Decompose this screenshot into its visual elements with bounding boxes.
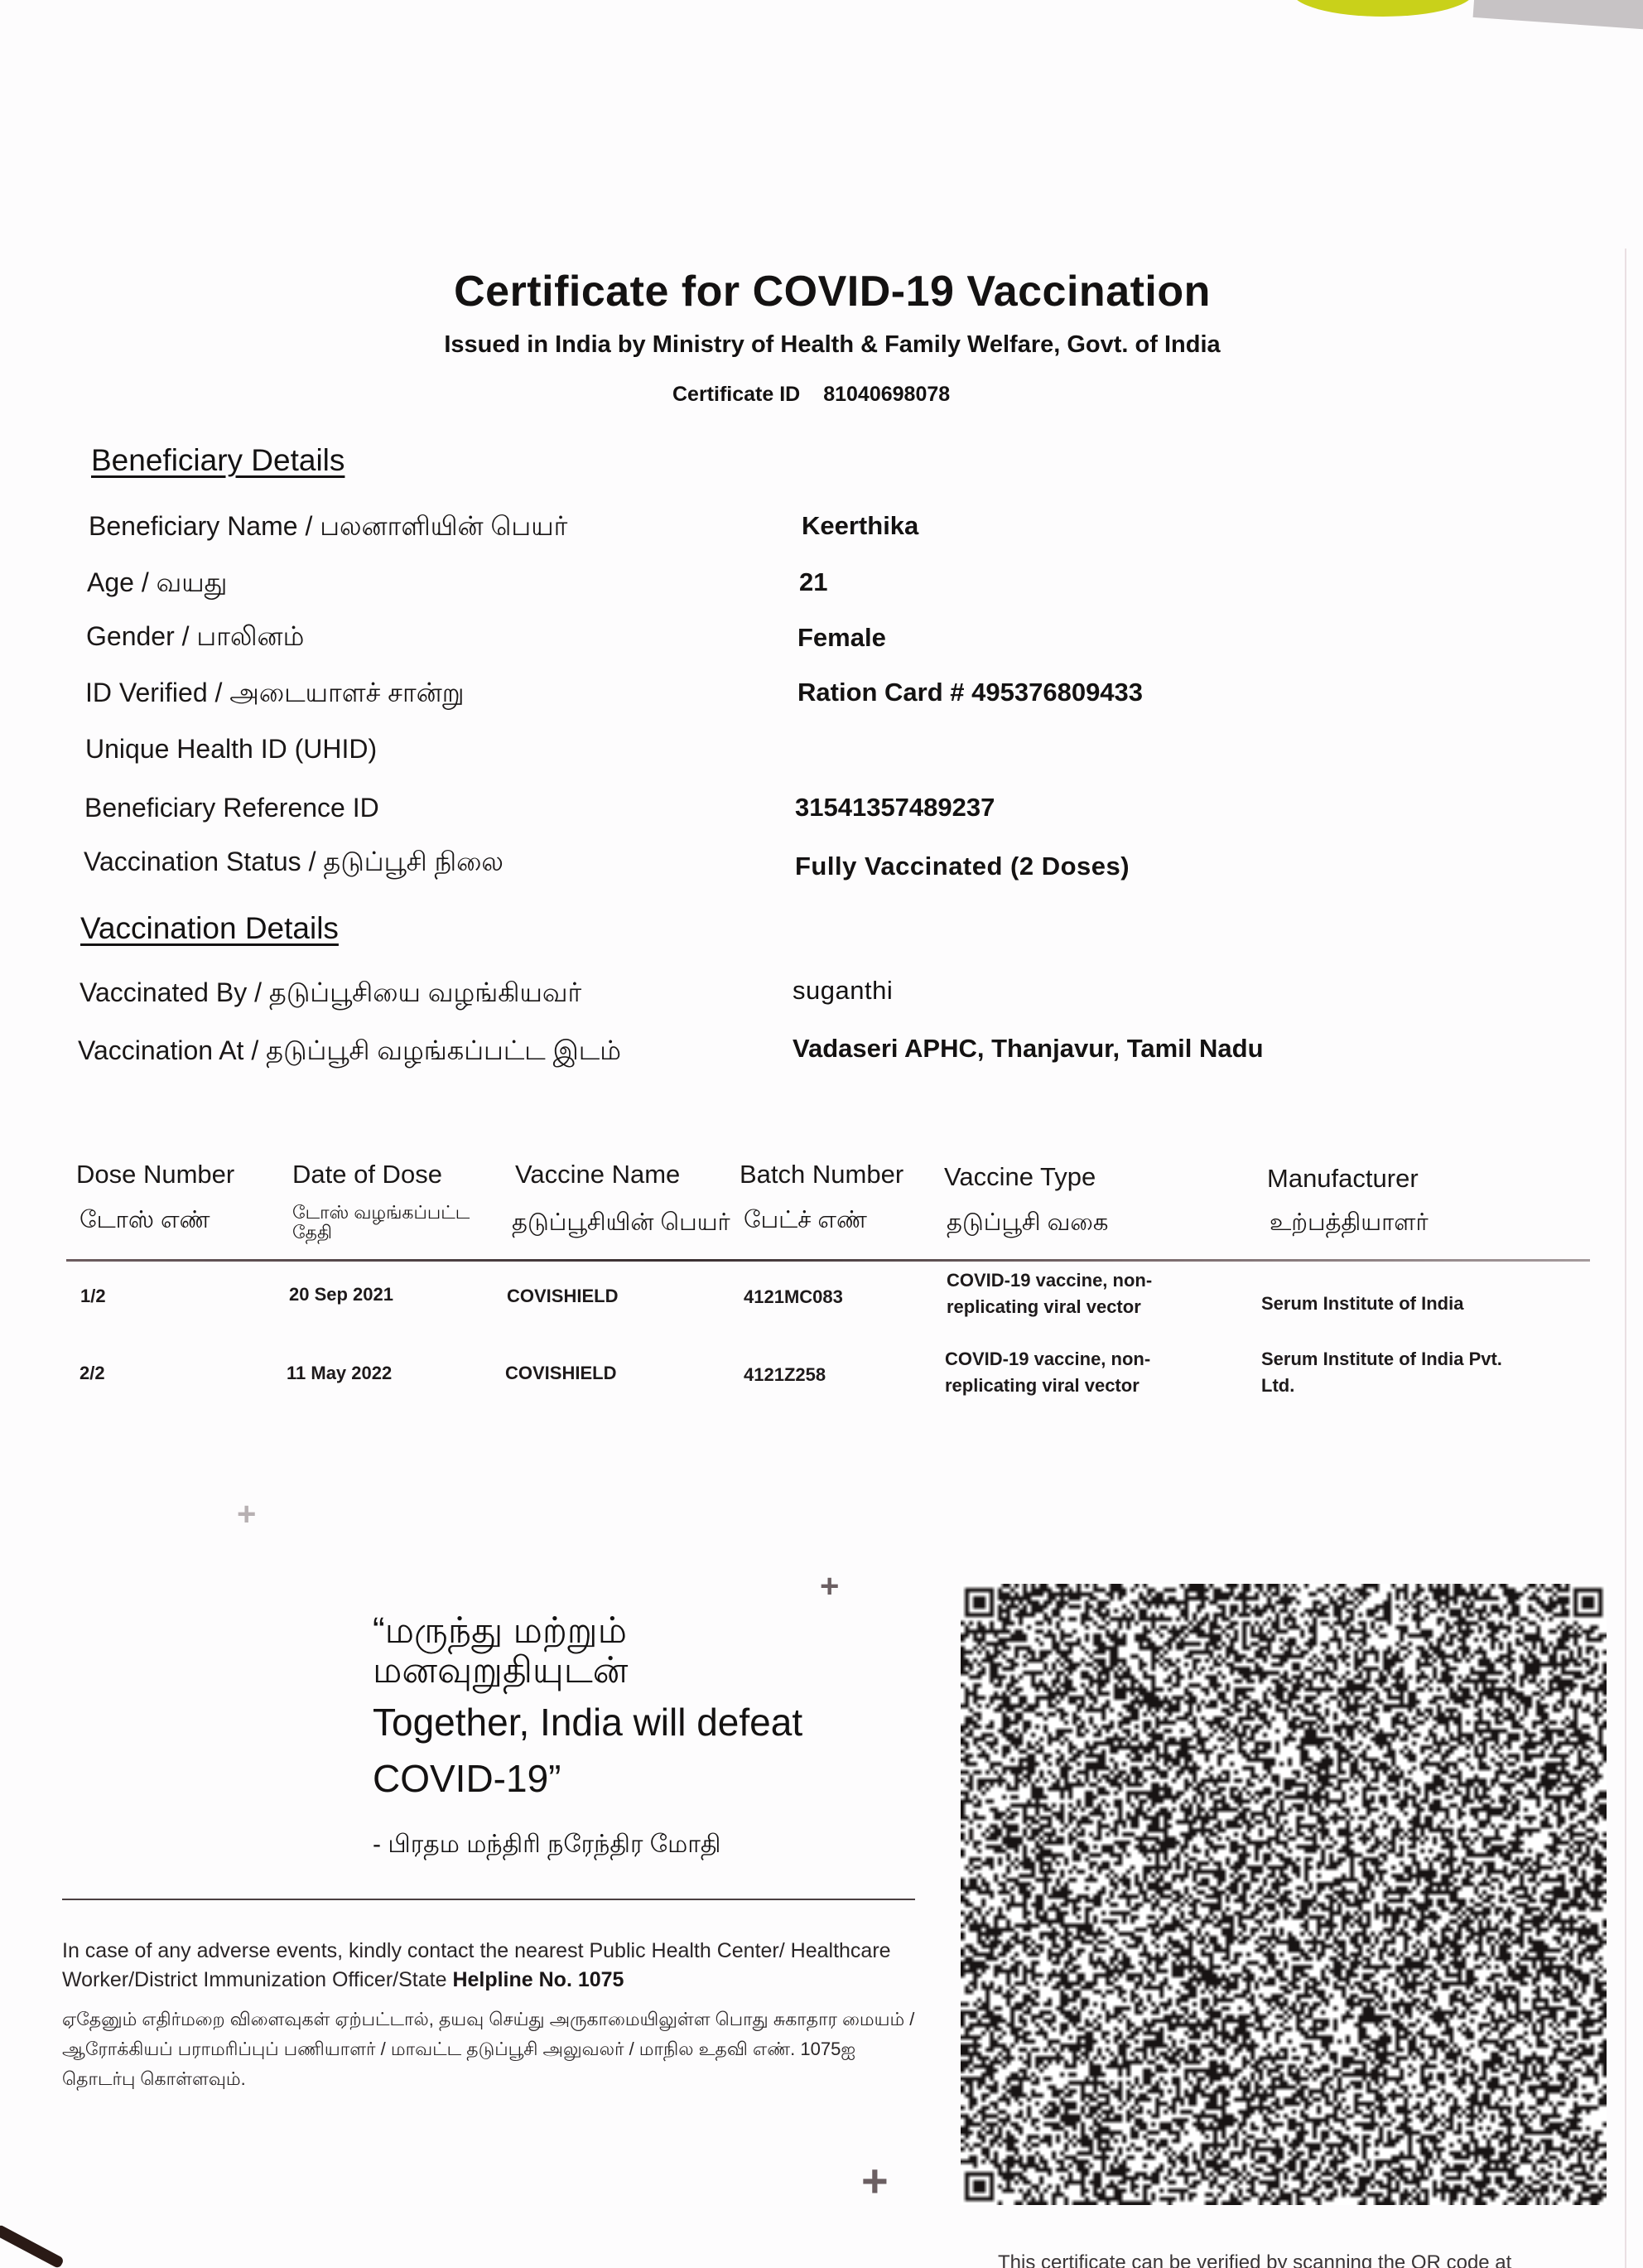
vaccine-type-cell: COVID-19 vaccine, non-replicating viral … (947, 1267, 1212, 1320)
age-label: Age / வயது (87, 567, 227, 601)
id-verified-label: ID Verified / அடையாளச் சான்று (85, 678, 464, 712)
manufacturer-cell: Serum Institute of India Pvt. Ltd. (1261, 1346, 1535, 1399)
vaccination-details-heading: Vaccination Details (80, 911, 339, 946)
col-manufacturer: Manufacturer (1267, 1164, 1419, 1194)
col-vaccine-name: Vaccine Name (515, 1160, 680, 1189)
col-vaccine-type-ta: தடுப்பூசி வகை (947, 1209, 1108, 1239)
crosshair-mark-icon: + (237, 1498, 256, 1531)
col-batch-number-ta: பேட்ச் எண் (744, 1207, 867, 1237)
col-vaccine-type: Vaccine Type (944, 1162, 1096, 1192)
batch-number-cell: 4121MC083 (744, 1286, 843, 1308)
dose-date-cell: 20 Sep 2021 (289, 1284, 393, 1305)
helpline-number: Helpline No. 1075 (452, 1968, 624, 1991)
reference-id-value: 31541357489237 (795, 793, 995, 823)
background-pen-object (0, 2224, 65, 2268)
beneficiary-name-value: Keerthika (802, 511, 918, 541)
col-dose-number-ta: டோஸ் எண் (79, 1207, 210, 1237)
footer-divider (62, 1899, 915, 1900)
vaccinated-by-label: Vaccinated By / தடுப்பூசியை வழங்கியவர் (79, 977, 581, 1011)
adverse-events-notice-english: In case of any adverse events, kindly co… (62, 1937, 923, 1995)
paper-edge (1625, 249, 1626, 2268)
dose-number-cell: 1/2 (80, 1286, 106, 1307)
crosshair-mark-icon: + (820, 1570, 839, 1603)
id-verified-value: Ration Card # 495376809433 (797, 678, 1143, 707)
qr-code-icon[interactable] (961, 1584, 1607, 2205)
qr-verification-caption: This certificate can be verified by scan… (998, 2251, 1511, 2268)
certificate-title: Certificate for COVID-19 Vaccination (0, 267, 1643, 316)
uhid-label: Unique Health ID (UHID) (85, 734, 377, 765)
table-header-divider (66, 1259, 1590, 1262)
vaccine-type-cell: COVID-19 vaccine, non-replicating viral … (945, 1346, 1210, 1399)
certificate-id-label: Certificate ID (672, 383, 800, 406)
age-value: 21 (799, 567, 827, 597)
vaccine-name-cell: COVISHIELD (505, 1363, 616, 1384)
beneficiary-details-heading: Beneficiary Details (91, 443, 344, 478)
beneficiary-name-label: Beneficiary Name / பலனாளியின் பெயர் (89, 511, 567, 545)
background-gray-object (1473, 0, 1643, 32)
reference-id-label: Beneficiary Reference ID (84, 793, 379, 823)
issuer-subtitle: Issued in India by Ministry of Health & … (0, 331, 1643, 359)
vaccination-status-label: Vaccination Status / தடுப்பூசி நிலை (84, 847, 503, 881)
col-date-of-dose-ta: டோஸ் வழங்கப்பட்ட தேதி (292, 1203, 499, 1243)
dose-number-cell: 2/2 (79, 1363, 105, 1384)
certificate-id-value: 81040698078 (823, 383, 950, 406)
vaccination-at-value: Vadaseri APHC, Thanjavur, Tamil Nadu (793, 1034, 1264, 1064)
vaccinated-by-value: suganthi (793, 976, 893, 1006)
gender-label: Gender / பாலினம் (86, 621, 304, 655)
qr-code-pattern (961, 1584, 1607, 2205)
certificate-id: Certificate ID81040698078 (672, 383, 950, 407)
vaccination-at-label: Vaccination At / தடுப்பூசி வழங்கப்பட்ட இ… (78, 1035, 621, 1069)
col-batch-number: Batch Number (740, 1160, 903, 1189)
col-date-of-dose: Date of Dose (292, 1160, 442, 1189)
gender-value: Female (797, 623, 886, 653)
quote-attribution: - பிரதம மந்திரி நரேந்திர மோதி (373, 1831, 721, 1862)
col-vaccine-name-ta: தடுப்பூசியின் பெயர் (512, 1209, 730, 1239)
adverse-events-notice-tamil: ஏதேனும் எதிர்மறை விளைவுகள் ஏற்பட்டால், த… (62, 2005, 923, 2094)
vaccination-status-value: Fully Vaccinated (2 Doses) (795, 852, 1130, 881)
col-manufacturer-ta: உற்பத்தியாளர் (1270, 1209, 1429, 1239)
quote-tamil: “மருந்து மற்றும் மனவுறுதியுடன் (373, 1611, 870, 1691)
background-green-object (1292, 0, 1474, 17)
batch-number-cell: 4121Z258 (744, 1364, 826, 1386)
manufacturer-cell: Serum Institute of India (1261, 1291, 1543, 1317)
col-dose-number: Dose Number (76, 1160, 234, 1189)
vaccine-name-cell: COVISHIELD (507, 1286, 618, 1307)
crosshair-mark-icon: + (861, 2158, 889, 2204)
dose-date-cell: 11 May 2022 (287, 1363, 392, 1384)
quote-english: Together, India will defeat COVID-19” (373, 1694, 903, 1807)
